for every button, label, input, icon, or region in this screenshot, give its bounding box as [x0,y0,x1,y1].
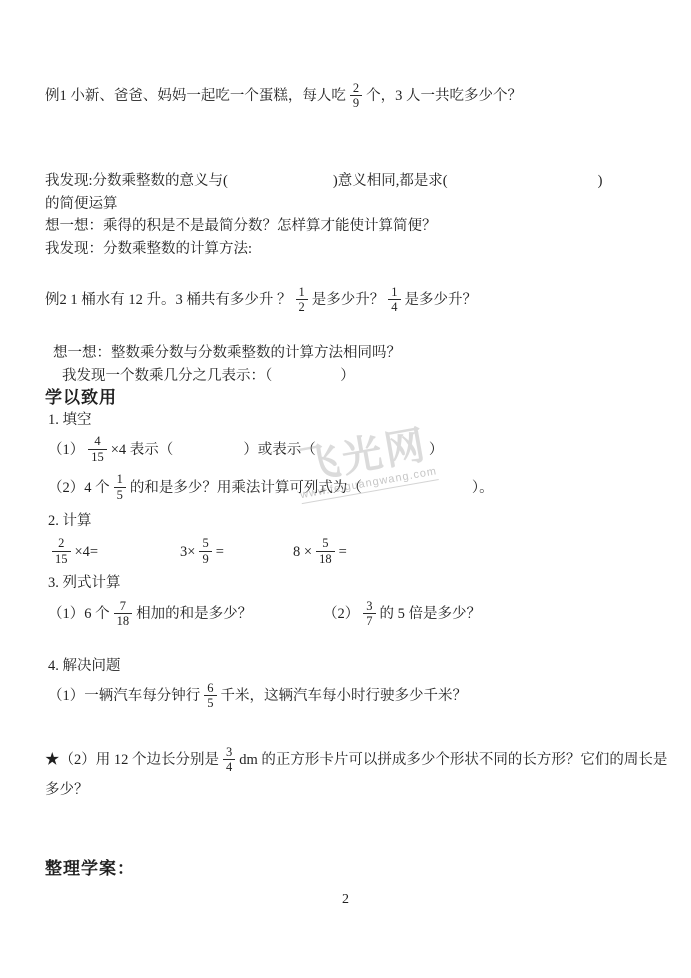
fraction-denominator: 18 [114,614,133,628]
fraction-numerator: 6 [204,681,216,696]
finding1-line2: 的简便运算 [45,193,651,216]
example1-text-post: 个，3 人一共吃多少个？ [366,88,522,104]
fraction-numerator: 3 [223,745,235,760]
q4-item2-post: dm 的正方形卡片可以拼成多少个形状不同的长方形？它们的周长是 [239,752,667,768]
finding3-line: 我发现一个数乘几分之几表示：（） [45,365,651,388]
q4-item2-star: ★（2）用 12 个边长分别是34dm 的正方形卡片可以拼成多少个形状不同的长方… [45,741,651,779]
fraction-denominator: 15 [88,450,107,464]
fraction-denominator: 9 [199,552,211,566]
q2-expression-2-pre: 3× [180,544,195,560]
fraction-denominator: 7 [363,614,375,628]
fraction-1-5: 15 [114,472,126,502]
finding1-line1: 我发现:分数乘整数的意义与()意义相同,都是求() [45,170,651,193]
example2-line: 例2 1 桶水有 12 升。3 桶共有多少升 ？12是多少升？14是多少升？ [45,280,651,320]
q4-item2-continuation: 多少？ [45,779,651,802]
blank-space [362,491,472,492]
fraction-numerator: 4 [88,434,107,449]
finding3-text-a: 我发现一个数乘几分之几表示：（ [62,368,272,384]
blank-space [228,184,333,185]
q1-item2: （2）4 个15的和是多少？用乘法计算可列式为（）。 [45,468,651,508]
fraction-denominator: 4 [223,760,235,774]
q2-label-text: 2. 计算 [48,513,92,529]
fraction-denominator: 15 [52,552,71,566]
q1-item1-post: ） [429,442,444,458]
example2-text-post: 是多少升？ [405,292,478,308]
q3-item2: （2）37的 5 倍是多少？ [323,595,481,633]
think1-line: 想一想：乘得的积是不是最简分数？怎样算才能使计算简便？ [45,215,651,238]
example2-text-pre: 例2 1 桶水有 12 升。3 桶共有多少升 ？ [45,292,292,308]
blank-space [272,379,340,380]
example2-text-mid: 是多少升？ [312,292,385,308]
finding1-text-a: 我发现:分数乘整数的意义与( [45,173,228,189]
q4-item1-post: 千米，这辆汽车每小时行驶多少千米？ [221,688,468,704]
q2-expression-3-post: = [339,544,347,560]
q2-label: 2. 计算 [45,510,651,533]
fraction-1-4: 14 [388,285,400,315]
fraction-3-4: 34 [223,745,235,775]
footer-heading-text: 整理学案： [45,859,135,878]
q2-expression-2-post: = [216,544,224,560]
blank-space [448,184,598,185]
fraction-numerator: 2 [52,536,71,551]
blank-space [316,453,429,454]
fraction-numerator: 5 [316,536,335,551]
fraction-6-5: 65 [204,681,216,711]
fraction-denominator: 4 [388,300,400,314]
q4-item1: （1）一辆汽车每分钟行65千米，这辆汽车每小时行驶多少千米？ [45,677,651,715]
page-number: 2 [0,892,691,908]
example1-text-pre: 例1 小新、爸爸、妈妈一起吃一个蛋糕，每人吃 [45,88,346,104]
fraction-denominator: 18 [316,552,335,566]
q2-expressions-row: 215×4=3×59=8 ×518= [45,532,651,570]
fraction-denominator: 5 [114,488,126,502]
q1-item2-mid: 的和是多少？用乘法计算可列式为（ [130,480,362,496]
fraction-7-18: 718 [114,599,133,629]
q1-label-text: 1. 填空 [48,412,92,428]
q3-item1: （1）6 个718相加的和是多少？ [48,595,323,633]
q1-item1-pre: （1） [48,442,84,458]
finding3-text-b: ） [340,368,355,384]
fraction-3-7: 37 [363,599,375,629]
q1-item1: （1）415×4 表示（）或表示（） [45,432,651,468]
fraction-numerator: 3 [363,599,375,614]
think1-text: 想一想：乘得的积是不是最简分数？怎样算才能使计算简便？ [45,218,437,234]
q4-item2-cont-text: 多少？ [45,782,89,798]
section-heading-text: 学以致用 [45,388,117,407]
fraction-4-15: 415 [88,434,107,464]
finding1-line2-text: 的简便运算 [45,196,118,212]
q2-expression-3: 8 ×518= [293,533,347,571]
q1-item1-mid2: ）或表示（ [243,442,316,458]
finding2-text: 我发现：分数乘整数的计算方法: [45,241,252,257]
blank-space [173,453,243,454]
q2-expression-1-post: ×4= [75,544,99,560]
q1-item2-pre: （2）4 个 [48,480,110,496]
fraction-numerator: 1 [388,285,400,300]
q4-item1-pre: （1）一辆汽车每分钟行 [48,688,200,704]
footer-heading: 整理学案： [45,858,651,880]
q2-expression-3-pre: 8 × [293,544,312,560]
q4-item2-pre: ★（2）用 12 个边长分别是 [45,752,219,768]
fraction-2-9: 29 [350,81,362,111]
fraction-5-9: 59 [199,536,211,566]
q3-item1-post: 相加的和是多少？ [136,606,252,622]
think2-line: 想一想：整数乘分数与分数乘整数的计算方法相同吗？ [45,342,651,365]
q3-item1-pre: （1）6 个 [48,606,110,622]
q3-label-text: 3. 列式计算 [48,575,121,591]
q3-item2-post: 的 5 倍是多少？ [380,606,482,622]
q4-label-text: 4. 解决问题 [48,658,121,674]
q2-expression-2: 3×59= [180,533,293,571]
q3-label: 3. 列式计算 [45,572,651,595]
q1-label: 1. 填空 [45,409,651,432]
fraction-1-2: 12 [296,285,308,315]
fraction-numerator: 1 [296,285,308,300]
finding1-text-b: )意义相同,都是求( [333,173,448,189]
worksheet-page: 例1 小新、爸爸、妈妈一起吃一个蛋糕，每人吃29个，3 人一共吃多少个？ 我发现… [0,0,691,978]
think2-text: 想一想：整数乘分数与分数乘整数的计算方法相同吗？ [53,345,401,361]
fraction-denominator: 5 [204,696,216,710]
fraction-numerator: 2 [350,81,362,96]
q1-item1-mid1: ×4 表示（ [111,442,174,458]
q4-label: 4. 解决问题 [45,655,651,678]
worksheet-content: 例1 小新、爸爸、妈妈一起吃一个蛋糕，每人吃29个，3 人一共吃多少个？ 我发现… [45,0,651,880]
q3-item2-pre: （2） [323,606,359,622]
finding2-line: 我发现：分数乘整数的计算方法: [45,238,651,261]
fraction-numerator: 7 [114,599,133,614]
q3-items-row: （1）6 个718相加的和是多少？（2）37的 5 倍是多少？ [45,595,651,633]
fraction-5-18: 518 [316,536,335,566]
fraction-numerator: 1 [114,472,126,487]
section-heading: 学以致用 [45,387,651,409]
example1-line: 例1 小新、爸爸、妈妈一起吃一个蛋糕，每人吃29个，3 人一共吃多少个？ [45,76,651,116]
fraction-2-15: 215 [52,536,71,566]
fraction-denominator: 9 [350,96,362,110]
finding1-text-c: ) [598,173,603,189]
q2-expression-1: 215×4= [48,533,180,571]
fraction-numerator: 5 [199,536,211,551]
q1-item2-post: ）。 [472,480,494,496]
fraction-denominator: 2 [296,300,308,314]
